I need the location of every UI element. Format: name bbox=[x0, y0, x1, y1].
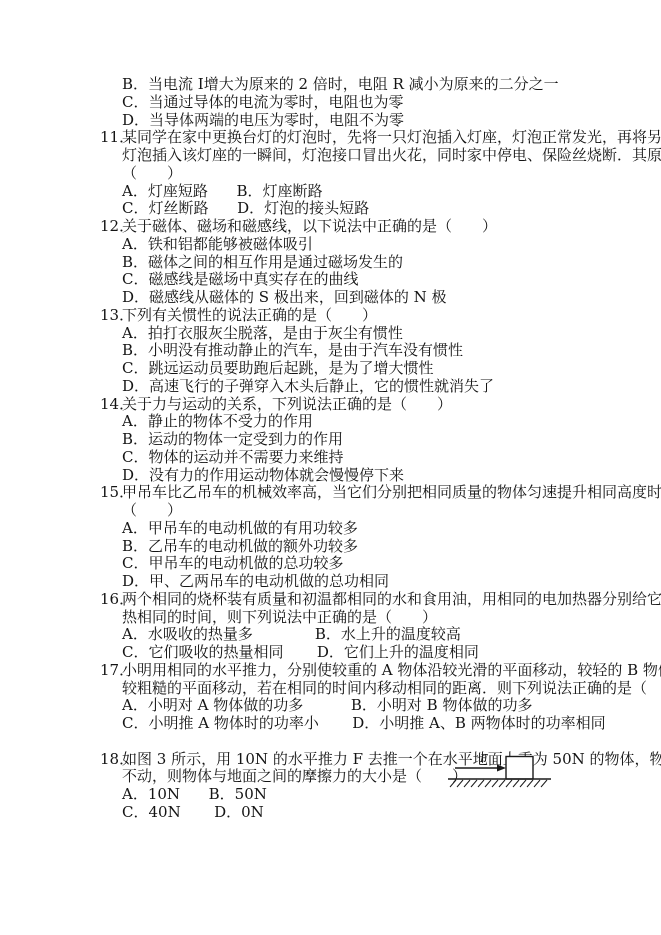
option-line: D．甲、乙两吊车的电动机做的总功相同 bbox=[100, 573, 590, 591]
option-text: A．拍打衣服灰尘脱落，是由于灰尘有惯性 bbox=[122, 324, 403, 342]
exam-content: B．当电流 I增大为原来的 2 倍时，电阻 R 减小为原来的二分之一C．当通过导… bbox=[100, 76, 590, 822]
question-stem-line: 14．关于力与运动的关系，下列说法正确的是（ ） bbox=[100, 396, 590, 414]
option-line: C．甲吊车的电动机做的总功较多 bbox=[100, 555, 590, 573]
ground-hatching bbox=[450, 780, 547, 787]
option-text: C．灯丝断路 D．灯泡的接头短路 bbox=[122, 199, 369, 217]
option-text: D．甲、乙两吊车的电动机做的总功相同 bbox=[122, 572, 389, 590]
option-line: D．当导体两端的电压为零时，电阻不为零 bbox=[100, 112, 590, 130]
question-number: 11． bbox=[100, 129, 134, 147]
question-number: 15． bbox=[100, 484, 134, 502]
option-line: A．小明对 A 物体做的功多 B．小明对 B 物体做的功多 bbox=[100, 697, 590, 715]
option-line: A．铁和铝都能够被磁体吸引 bbox=[100, 236, 590, 254]
option-text: B．当电流 I增大为原来的 2 倍时，电阻 R 减小为原来的二分之一 bbox=[122, 75, 559, 93]
option-text: B．运动的物体一定受到力的作用 bbox=[122, 430, 343, 448]
option-text: C．它们吸收的热量相同 D．它们上升的温度相同 bbox=[122, 643, 479, 661]
option-text: C．甲吊车的电动机做的总功较多 bbox=[122, 554, 343, 572]
stem-text: 较粗糙的平面移动，若在相同的时间内移动相同的距离．则下列说法正确的是（ ） bbox=[122, 679, 661, 697]
option-text: C．40N D．0N bbox=[122, 803, 264, 821]
question-number: 14． bbox=[100, 396, 134, 414]
question-stem-line: 16．两个相同的烧杯装有质量和初温都相同的水和食用油，用相同的电加热器分别给它们… bbox=[100, 591, 590, 609]
option-line: C．当通过导体的电流为零时，电阻也为零 bbox=[100, 94, 590, 112]
option-line: A．拍打衣服灰尘脱落，是由于灰尘有惯性 bbox=[100, 325, 590, 343]
question-stem-line: 12．关于磁体、磁场和磁感线，以下说法中正确的是（ ） bbox=[100, 218, 590, 236]
question-stem-line: 15．甲吊车比乙吊车的机械效率高，当它们分别把相同质量的物体匀速提升相同高度时，… bbox=[100, 484, 590, 502]
object-box bbox=[506, 757, 533, 780]
question-number: 13． bbox=[100, 307, 134, 325]
option-text: A．静止的物体不受力的作用 bbox=[122, 412, 313, 430]
option-text: C．小明推 A 物体时的功率小 D．小明推 A、B 两物体时的功率相同 bbox=[122, 714, 606, 732]
force-arrow bbox=[455, 765, 506, 772]
option-line: C．40N D．0N bbox=[100, 804, 590, 822]
question-number: 17． bbox=[100, 662, 134, 680]
option-text: A．灯座短路 B．灯座断路 bbox=[122, 182, 322, 200]
option-text: A．水吸收的热量多 B．水上升的温度较高 bbox=[122, 625, 461, 643]
question-number: 16． bbox=[100, 591, 134, 609]
stem-text: 关于磁体、磁场和磁感线，以下说法中正确的是（ ） bbox=[122, 217, 497, 235]
option-line: C．它们吸收的热量相同 D．它们上升的温度相同 bbox=[100, 644, 590, 662]
option-text: D．没有力的作用运动物体就会慢慢停下来 bbox=[122, 466, 404, 484]
option-line: A．甲吊车的电动机做的有用功较多 bbox=[100, 520, 590, 538]
stem-text: 小明用相同的水平推力，分别使较重的 A 物体沿较光滑的平面移动，较轻的 B 物体… bbox=[122, 661, 661, 679]
question-stem-line: 11．某同学在家中更换台灯的灯泡时，先将一只灯泡插入灯座，灯泡正常发光，再将另一… bbox=[100, 129, 590, 147]
option-text: D．高速飞行的子弹穿入木头后静止，它的惯性就消失了 bbox=[122, 377, 494, 395]
option-text: A．甲吊车的电动机做的有用功较多 bbox=[122, 519, 358, 537]
question-stem-line: 较粗糙的平面移动，若在相同的时间内移动相同的距离．则下列说法正确的是（ ） bbox=[100, 680, 590, 698]
question-stem-line: 17．小明用相同的水平推力，分别使较重的 A 物体沿较光滑的平面移动，较轻的 B… bbox=[100, 662, 590, 680]
stem-text: 灯泡插入该灯座的一瞬间，灯泡接口冒出火花，同时家中停电、保险丝烧断．其原因是 bbox=[122, 146, 661, 164]
option-line: D．磁感线从磁体的 S 极出来，回到磁体的 N 极 bbox=[100, 289, 590, 307]
stem-text: （ ） bbox=[122, 501, 182, 519]
option-line: B．小明没有推动静止的汽车，是由于汽车没有惯性 bbox=[100, 342, 590, 360]
question-stem-line: 13．下列有关惯性的说法正确的是（ ） bbox=[100, 307, 590, 325]
option-line: B．磁体之间的相互作用是通过磁场发生的 bbox=[100, 254, 590, 272]
figure-3-friction-diagram: F bbox=[446, 748, 556, 794]
question-stem-line: （ ） bbox=[100, 502, 590, 520]
stem-text: （ ） bbox=[122, 164, 182, 182]
option-text: A．10N B．50N bbox=[122, 785, 267, 803]
question-number: 18． bbox=[100, 751, 134, 769]
option-line: A．水吸收的热量多 B．水上升的温度较高 bbox=[100, 626, 590, 644]
stem-text: 不动，则物体与地面之间的摩擦力的大小是（ ） bbox=[122, 767, 467, 785]
stem-text: 热相同的时间，则下列说法中正确的是（ ） bbox=[122, 608, 437, 626]
option-line: C．跳远运动员要助跑后起跳，是为了增大惯性 bbox=[100, 360, 590, 378]
option-text: A．小明对 A 物体做的功多 B．小明对 B 物体做的功多 bbox=[122, 696, 532, 714]
option-line: A．静止的物体不受力的作用 bbox=[100, 413, 590, 431]
option-text: C．当通过导体的电流为零时，电阻也为零 bbox=[122, 93, 403, 111]
option-text: B．乙吊车的电动机做的额外功较多 bbox=[122, 537, 358, 555]
force-label: F bbox=[479, 752, 488, 765]
option-text: C．磁感线是磁场中真实存在的曲线 bbox=[122, 270, 358, 288]
option-line: D．高速飞行的子弹穿入木头后静止，它的惯性就消失了 bbox=[100, 378, 590, 396]
option-line: B．当电流 I增大为原来的 2 倍时，电阻 R 减小为原来的二分之一 bbox=[100, 76, 590, 94]
stem-text: 如图 3 所示，用 10N 的水平推力 F 去推一个在水平地面上重为 50N 的… bbox=[122, 750, 661, 768]
question-stem-line: （ ） bbox=[100, 165, 590, 183]
stem-text: 关于力与运动的关系，下列说法正确的是（ ） bbox=[122, 395, 452, 413]
option-line: B．乙吊车的电动机做的额外功较多 bbox=[100, 538, 590, 556]
option-line: C．灯丝断路 D．灯泡的接头短路 bbox=[100, 200, 590, 218]
option-text: D．磁感线从磁体的 S 极出来，回到磁体的 N 极 bbox=[122, 288, 447, 306]
option-line: B．运动的物体一定受到力的作用 bbox=[100, 431, 590, 449]
option-text: C．物体的运动并不需要力来维持 bbox=[122, 448, 343, 466]
option-line: C．小明推 A 物体时的功率小 D．小明推 A、B 两物体时的功率相同 bbox=[100, 715, 590, 733]
option-text: A．铁和铝都能够被磁体吸引 bbox=[122, 235, 313, 253]
option-line: C．物体的运动并不需要力来维持 bbox=[100, 449, 590, 467]
stem-text: 甲吊车比乙吊车的机械效率高，当它们分别把相同质量的物体匀速提升相同高度时，则 bbox=[122, 483, 661, 501]
question-stem-line: 热相同的时间，则下列说法中正确的是（ ） bbox=[100, 609, 590, 627]
option-line: C．磁感线是磁场中真实存在的曲线 bbox=[100, 271, 590, 289]
question-stem-line: 灯泡插入该灯座的一瞬间，灯泡接口冒出火花，同时家中停电、保险丝烧断．其原因是 bbox=[100, 147, 590, 165]
option-line: D．没有力的作用运动物体就会慢慢停下来 bbox=[100, 467, 590, 485]
option-text: C．跳远运动员要助跑后起跳，是为了增大惯性 bbox=[122, 359, 433, 377]
option-line: A．灯座短路 B．灯座断路 bbox=[100, 183, 590, 201]
stem-text: 两个相同的烧杯装有质量和初温都相同的水和食用油，用相同的电加热器分别给它们加 bbox=[122, 590, 661, 608]
option-text: B．小明没有推动静止的汽车，是由于汽车没有惯性 bbox=[122, 341, 463, 359]
option-text: B．磁体之间的相互作用是通过磁场发生的 bbox=[122, 253, 403, 271]
stem-text: 下列有关惯性的说法正确的是（ ） bbox=[122, 306, 377, 324]
question-number: 12． bbox=[100, 218, 134, 236]
stem-text: 某同学在家中更换台灯的灯泡时，先将一只灯泡插入灯座，灯泡正常发光，再将另一只 bbox=[122, 128, 661, 146]
option-text: D．当导体两端的电压为零时，电阻不为零 bbox=[122, 111, 404, 129]
